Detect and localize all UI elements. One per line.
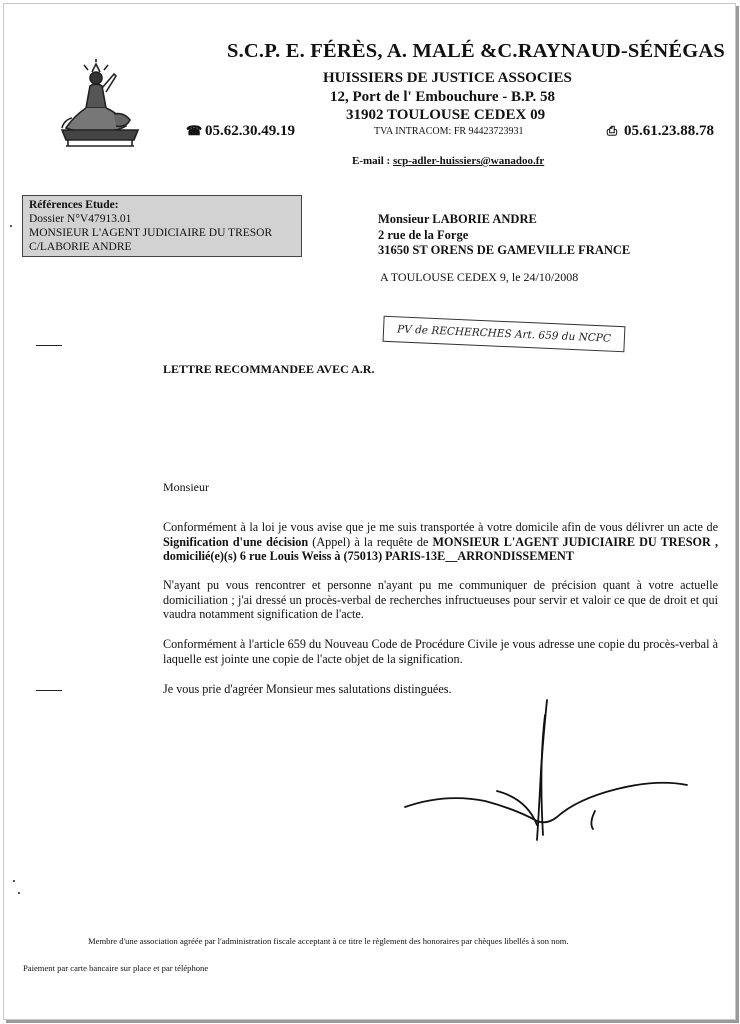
email-label: E-mail : [352,155,393,167]
scan-speck [10,225,12,227]
recipient-street: 2 rue de la Forge [378,228,630,244]
fax-text: 05.61.23.88.78 [624,123,714,139]
fold-mark [36,345,62,346]
phone-text: 05.62.30.49.19 [205,123,295,139]
signature [395,695,705,845]
firm-subtitle: HUISSIERS DE JUSTICE ASSOCIES [323,70,572,87]
references-against: C/LABORIE ANDRE [29,240,295,254]
telephone-icon: ☎ [186,123,200,139]
recipient-city: 31650 ST ORENS DE GAMEVILLE FRANCE [378,243,630,259]
recipient-address: Monsieur LABORIE ANDRE 2 rue de la Forge… [378,212,630,259]
footer-payment: Paiement par carte bancaire sur place et… [23,963,208,973]
scan-speck [18,892,20,894]
phone-number: ☎05.62.30.49.19 [186,123,295,140]
paragraph-3: Conformément à l'article 659 du Nouveau … [163,637,718,666]
p1-text-c: (Appel) à la requête de [308,535,432,549]
footer-membership: Membre d'une association agréée par l'ad… [88,936,569,946]
references-party: MONSIEUR L'AGENT JUDICIAIRE DU TRESOR [29,226,295,240]
references-title: Références Etude: [29,198,295,212]
fax-icon: ⎙ [605,123,619,139]
paragraph-1: Conformément à la loi je vous avise que … [163,520,718,564]
fold-mark [36,690,62,691]
references-box: Références Etude: Dossier N°V47913.01 MO… [22,195,302,257]
firm-name: S.C.P. E. FÉRÈS, A. MALÉ &C.RAYNAUD-SÉNÉ… [227,40,725,63]
scan-speck [13,880,15,882]
salutation: Monsieur [163,480,209,495]
firm-address: 12, Port de l' Embouchure - B.P. 58 [330,89,555,106]
email-line: E-mail : scp-adler-huissiers@wanadoo.fr [352,155,544,167]
date-line: A TOULOUSE CEDEX 9, le 24/10/2008 [380,270,578,285]
letter-type: LETTRE RECOMMANDEE AVEC A.R. [163,362,374,377]
email-link[interactable]: scp-adler-huissiers@wanadoo.fr [393,155,544,167]
firm-city: 31902 TOULOUSE CEDEX 09 [346,107,545,124]
recipient-name: Monsieur LABORIE ANDRE [378,212,630,228]
dossier-number: Dossier N°V47913.01 [29,212,295,226]
tva-number: TVA INTRACOM: FR 94423723931 [374,126,524,137]
p1-text-a: Conformément à la loi je vous avise que … [163,520,718,534]
fax-number: ⎙05.61.23.88.78 [605,123,714,140]
p1-text-b: Signification d'une décision [163,535,308,549]
statue-of-justice-logo [52,58,148,150]
paragraph-2: N'ayant pu vous rencontrer et personne n… [163,578,718,622]
